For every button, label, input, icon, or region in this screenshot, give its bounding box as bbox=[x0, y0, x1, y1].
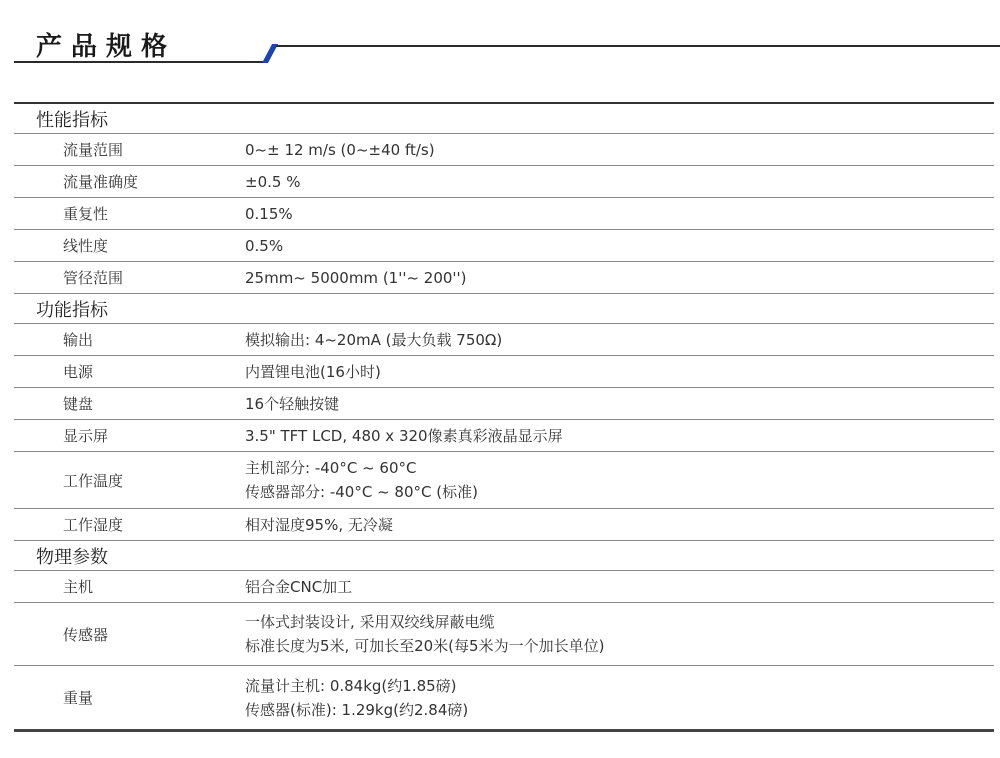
spec-label: 显示屏 bbox=[14, 425, 245, 446]
section-function: 功能指标 bbox=[14, 294, 994, 324]
table-row: 线性度 0.5% bbox=[14, 230, 994, 262]
spec-label: 线性度 bbox=[14, 235, 245, 256]
spec-value: 一体式封装设计, 采用双绞线屏蔽电缆 标准长度为5米, 可加长至20米(每5米为… bbox=[245, 610, 994, 658]
section-title: 性能指标 bbox=[36, 106, 108, 132]
spec-value-line: 一体式封装设计, 采用双绞线屏蔽电缆 bbox=[245, 610, 994, 634]
spec-label: 管径范围 bbox=[14, 267, 245, 288]
spec-value-line: 传感器(标准): 1.29kg(约2.84磅) bbox=[245, 698, 994, 722]
table-row: 显示屏 3.5" TFT LCD, 480 x 320像素真彩液晶显示屏 bbox=[14, 420, 994, 452]
spec-value: 25mm~ 5000mm (1''~ 200'') bbox=[245, 266, 994, 290]
spec-label: 流量准确度 bbox=[14, 171, 245, 192]
section-physical: 物理参数 bbox=[14, 541, 994, 571]
table-row: 流量准确度 ±0.5 % bbox=[14, 166, 994, 198]
spec-value: 流量计主机: 0.84kg(约1.85磅) 传感器(标准): 1.29kg(约2… bbox=[245, 674, 994, 722]
section-title: 物理参数 bbox=[36, 543, 108, 569]
spec-value: 16个轻触按键 bbox=[245, 392, 994, 416]
table-row: 管径范围 25mm~ 5000mm (1''~ 200'') bbox=[14, 262, 994, 294]
title-underline bbox=[14, 61, 266, 63]
spec-label: 传感器 bbox=[14, 624, 245, 645]
table-row: 主机 铝合金CNC加工 bbox=[14, 571, 994, 603]
header-rule bbox=[276, 45, 1000, 47]
spec-value-line: 传感器部分: -40°C ~ 80°C (标准) bbox=[245, 480, 994, 504]
table-row: 传感器 一体式封装设计, 采用双绞线屏蔽电缆 标准长度为5米, 可加长至20米(… bbox=[14, 603, 994, 666]
spec-label: 流量范围 bbox=[14, 139, 245, 160]
spec-value: 主机部分: -40°C ~ 60°C 传感器部分: -40°C ~ 80°C (… bbox=[245, 456, 994, 504]
spec-value: 模拟输出: 4~20mA (最大负载 750Ω) bbox=[245, 328, 994, 352]
spec-label: 重复性 bbox=[14, 203, 245, 224]
spec-table: 性能指标 流量范围 0~± 12 m/s (0~±40 ft/s) 流量准确度 … bbox=[14, 102, 994, 732]
spec-value: 3.5" TFT LCD, 480 x 320像素真彩液晶显示屏 bbox=[245, 424, 994, 448]
table-row: 键盘 16个轻触按键 bbox=[14, 388, 994, 420]
table-row: 重复性 0.15% bbox=[14, 198, 994, 230]
spec-value: ±0.5 % bbox=[245, 170, 994, 194]
table-row: 工作湿度 相对湿度95%, 无冷凝 bbox=[14, 509, 994, 541]
spec-value-line: 流量计主机: 0.84kg(约1.85磅) bbox=[245, 674, 994, 698]
spec-value: 内置锂电池(16小时) bbox=[245, 360, 994, 384]
spec-label: 电源 bbox=[14, 361, 245, 382]
spec-label: 键盘 bbox=[14, 393, 245, 414]
spec-label: 重量 bbox=[14, 687, 245, 708]
spec-label: 工作湿度 bbox=[14, 514, 245, 535]
spec-value-line: 主机部分: -40°C ~ 60°C bbox=[245, 456, 994, 480]
page-title: 产品规格 bbox=[36, 32, 176, 62]
section-title: 功能指标 bbox=[36, 296, 108, 322]
section-performance: 性能指标 bbox=[14, 104, 994, 134]
spec-value: 0.5% bbox=[245, 234, 994, 258]
table-row: 工作温度 主机部分: -40°C ~ 60°C 传感器部分: -40°C ~ 8… bbox=[14, 452, 994, 509]
spec-value: 0~± 12 m/s (0~±40 ft/s) bbox=[245, 138, 994, 162]
table-row: 流量范围 0~± 12 m/s (0~±40 ft/s) bbox=[14, 134, 994, 166]
spec-value: 铝合金CNC加工 bbox=[245, 575, 994, 599]
spec-value: 0.15% bbox=[245, 202, 994, 226]
table-row: 电源 内置锂电池(16小时) bbox=[14, 356, 994, 388]
spec-value-line: 标准长度为5米, 可加长至20米(每5米为一个加长单位) bbox=[245, 634, 994, 658]
spec-label: 工作温度 bbox=[14, 470, 245, 491]
table-row: 重量 流量计主机: 0.84kg(约1.85磅) 传感器(标准): 1.29kg… bbox=[14, 666, 994, 729]
spec-label: 主机 bbox=[14, 576, 245, 597]
table-row: 输出 模拟输出: 4~20mA (最大负载 750Ω) bbox=[14, 324, 994, 356]
spec-value: 相对湿度95%, 无冷凝 bbox=[245, 513, 994, 537]
spec-label: 输出 bbox=[14, 329, 245, 350]
